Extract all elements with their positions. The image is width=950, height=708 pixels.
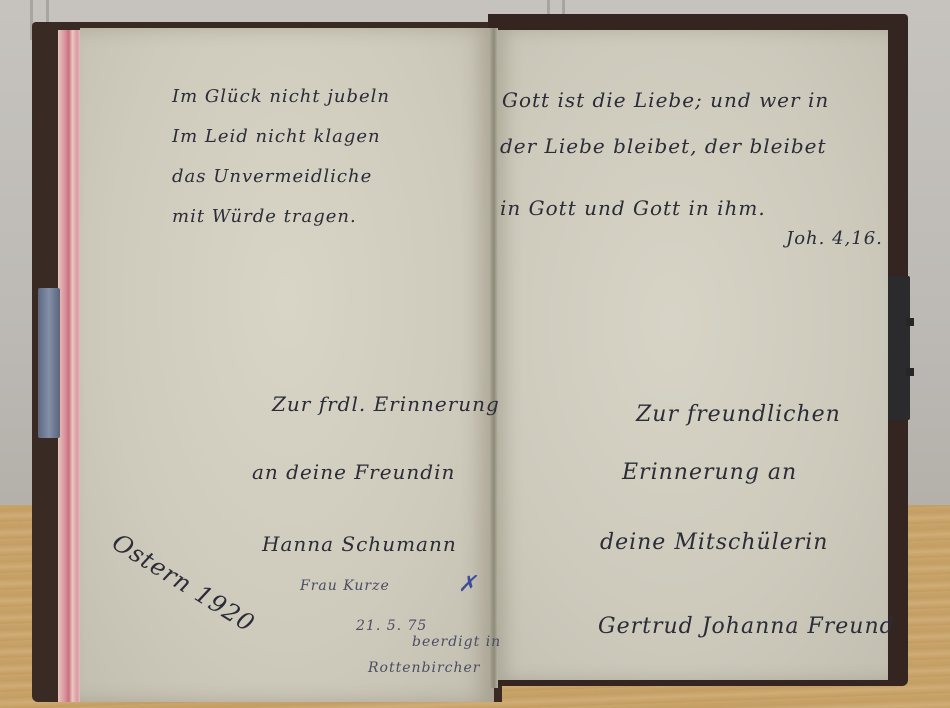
- burial-note: beerdigt in: [412, 634, 501, 650]
- signature: Hanna Schumann: [262, 532, 457, 556]
- death-date: 21. 5. 75: [356, 618, 427, 634]
- bible-reference: Joh. 4,16.: [786, 228, 883, 249]
- dedication-line: Erinnerung an: [622, 460, 797, 485]
- clasp-tab: [906, 318, 914, 326]
- red-page-edges: [58, 30, 82, 702]
- dedication-line: Zur frdl. Erinnerung: [272, 392, 500, 416]
- signature: Gertrud Johanna Freund: [598, 614, 895, 639]
- blue-x-mark: ✗: [458, 572, 477, 597]
- burial-place: Rottenbircher: [368, 660, 481, 676]
- right-page: [494, 30, 888, 680]
- poem-line: mit Würde tragen.: [172, 206, 357, 227]
- married-name-annotation: Frau Kurze: [300, 578, 390, 594]
- poem-line: Im Leid nicht klagen: [172, 126, 381, 147]
- dedication-line: an deine Freundin: [252, 460, 455, 484]
- book-gutter: [490, 28, 498, 688]
- poem-line: Im Glück nicht jubeln: [172, 86, 390, 107]
- verse-line: der Liebe bleibet, der bleibet: [500, 134, 827, 158]
- poem-line: das Unvermeidliche: [172, 166, 372, 187]
- verse-line: in Gott und Gott in ihm.: [500, 196, 766, 220]
- dedication-line: Zur freundlichen: [636, 402, 841, 427]
- clasp-left-icon: [38, 288, 60, 438]
- clasp-right-icon: [888, 276, 910, 420]
- verse-line: Gott ist die Liebe; und wer in: [502, 88, 829, 112]
- clasp-tab: [906, 368, 914, 376]
- dedication-line: deine Mitschülerin: [600, 530, 828, 555]
